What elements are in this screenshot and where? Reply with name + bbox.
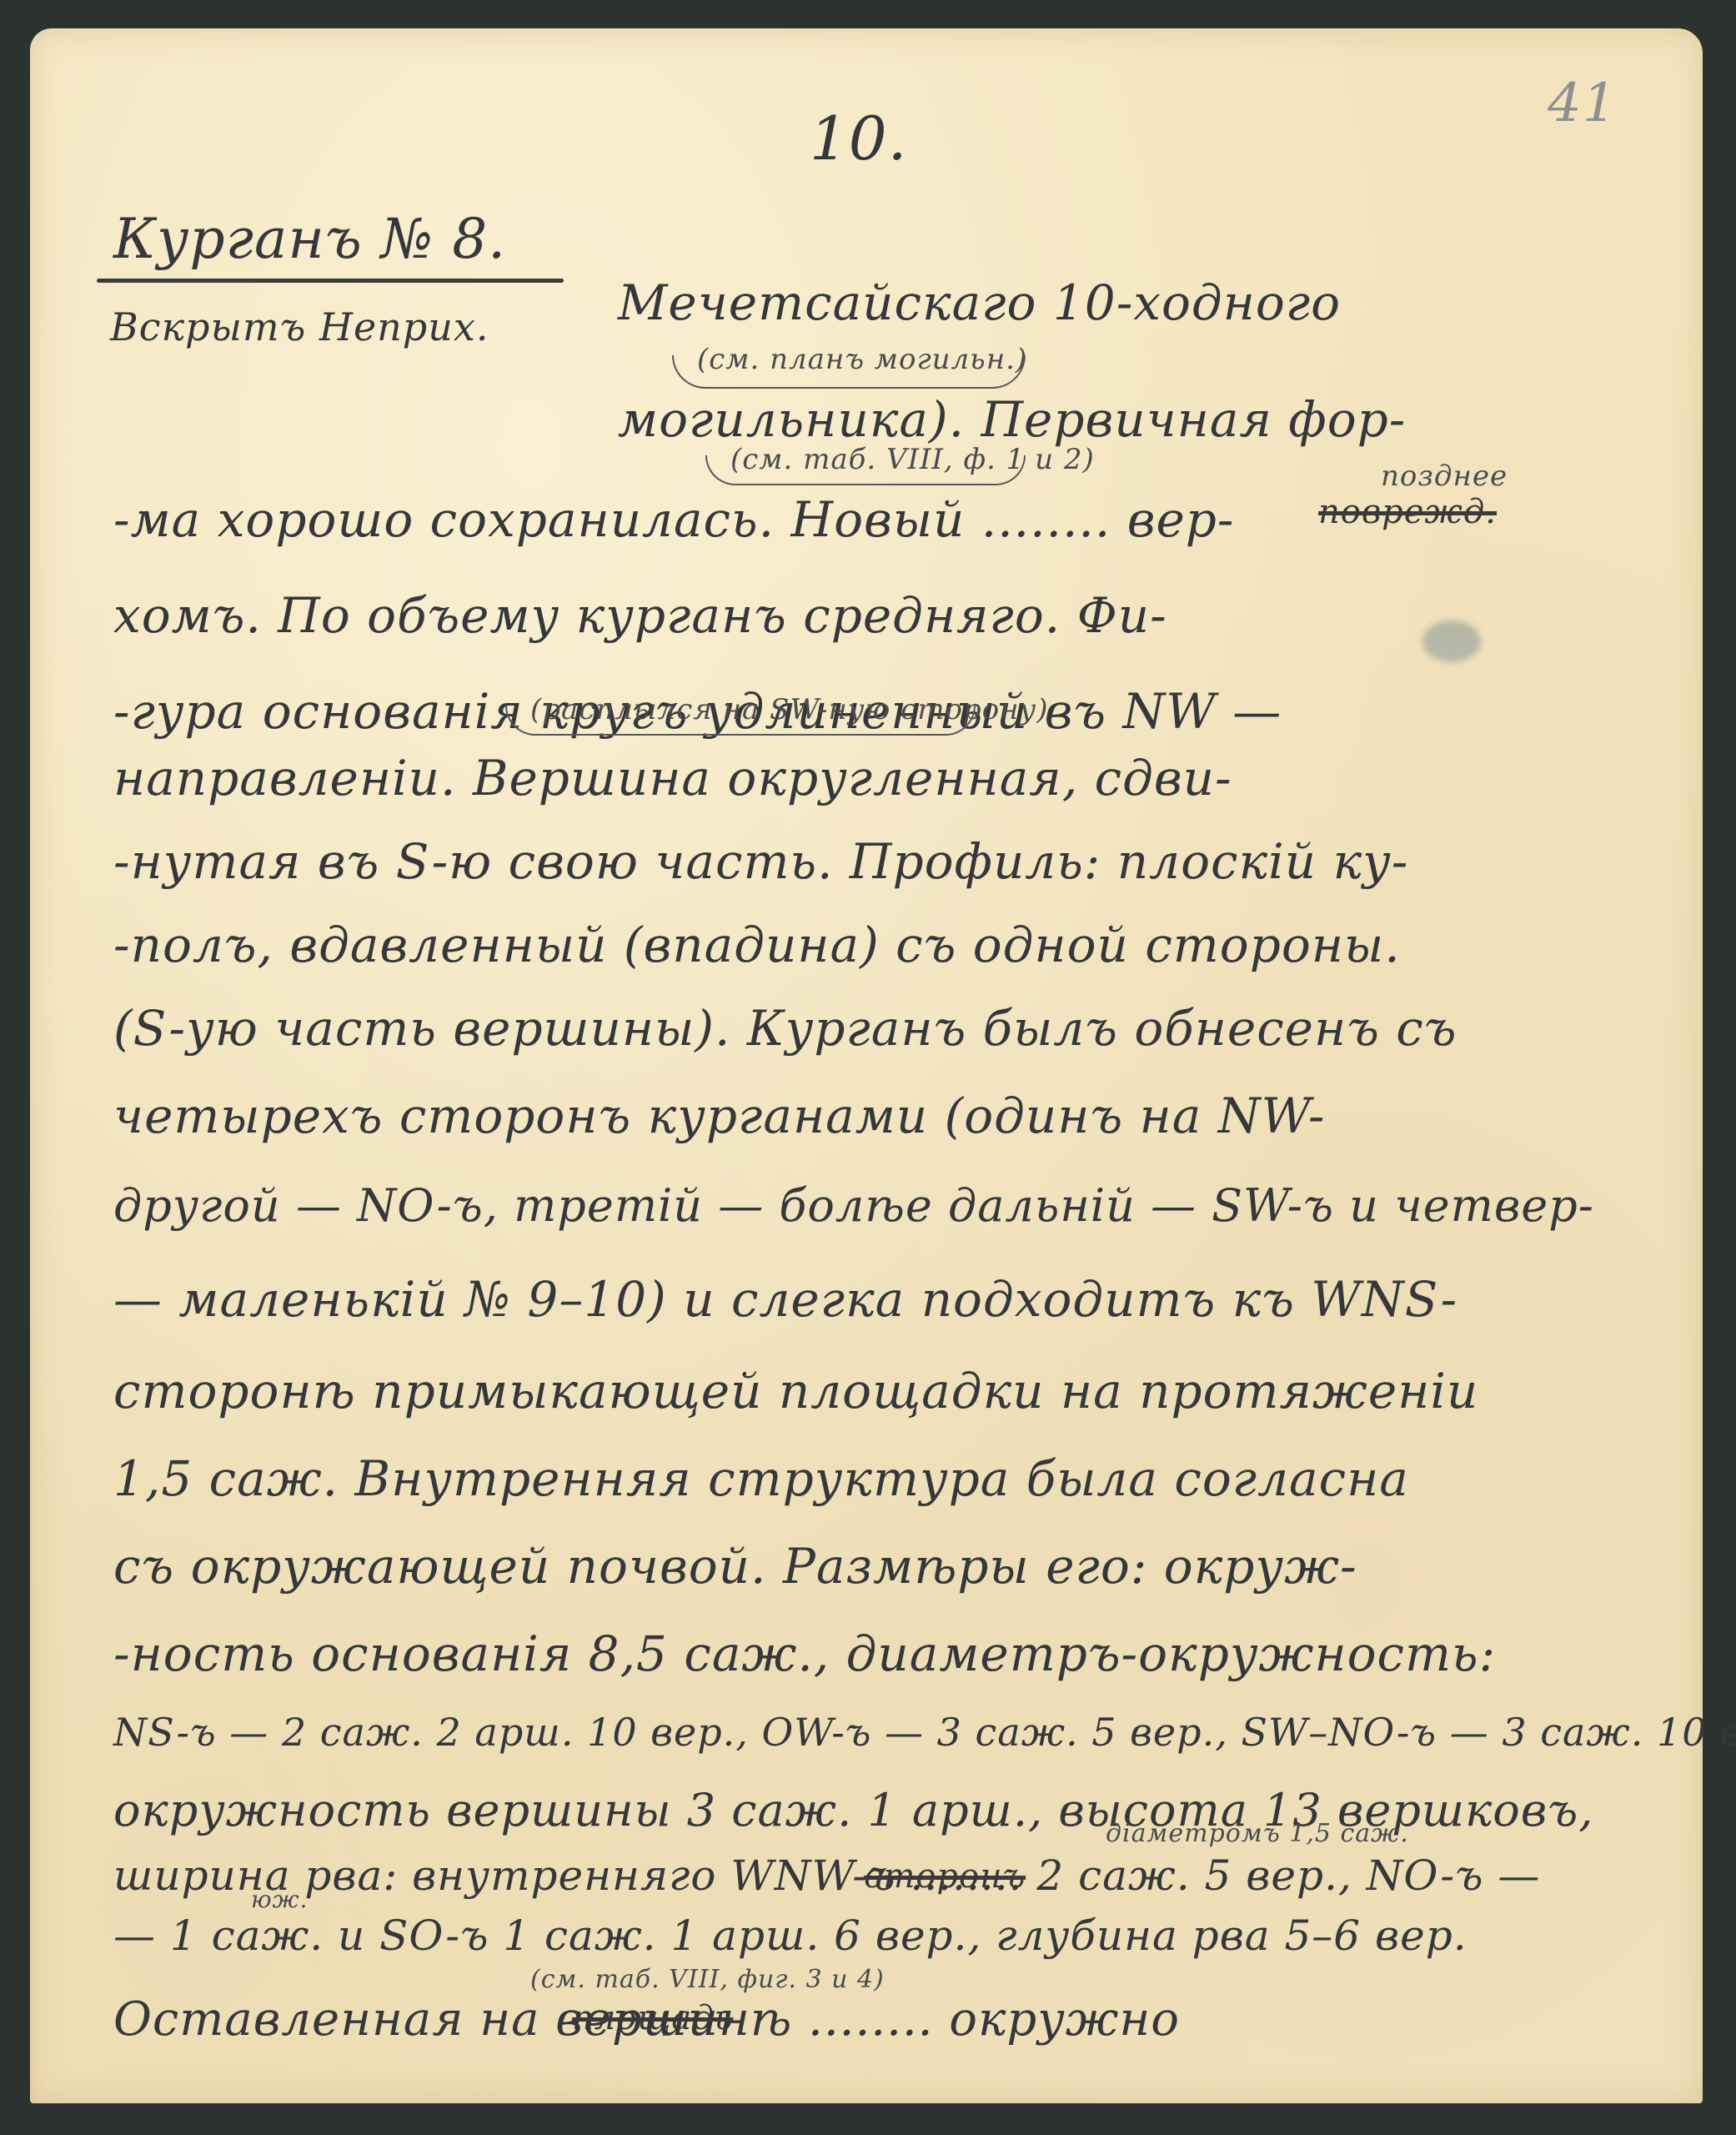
struck-word: сторонъ — [864, 1860, 1026, 1893]
text-line: 1,5 саж. Внутренняя структура была согла… — [113, 1454, 1409, 1503]
text-line: Мечетсайскаго 10-ходного — [618, 279, 1341, 327]
text-line: хомъ. По объему курганъ средняго. Фи- — [113, 591, 1167, 640]
archive-folio-number: 41 — [1548, 77, 1617, 130]
page-number: 10. — [810, 108, 908, 168]
inserted-word: юж. — [251, 1888, 308, 1911]
kurgan-heading: Курганъ № 8. — [113, 212, 506, 267]
margin-note-opened: Вскрытъ Неприх. — [110, 308, 489, 346]
text-line: четырехъ сторонъ курганами (одинъ на NW- — [113, 1092, 1326, 1140]
text-line: -нутая въ S-ю свою часть. Профиль: плоск… — [113, 837, 1408, 886]
struck-word: поврежд. — [1318, 495, 1497, 529]
manuscript-page: 10. 41 Курганъ № 8. Вскрытъ Неприх. Мече… — [30, 28, 1703, 2103]
annotation-bracket — [672, 355, 1026, 389]
text-line: направленіи. Вершина округленная, сдви- — [113, 754, 1232, 802]
text-line: -ность основанія 8,5 саж., диаметръ-окру… — [113, 1630, 1496, 1678]
text-line: -ма хорошо сохранилась. Новый ........ в… — [113, 495, 1235, 544]
annotation-bracket — [705, 455, 1026, 485]
text-line: (S-ую часть вершины). Курганъ былъ обнес… — [113, 1004, 1457, 1052]
text-line: сторонѣ примыкающей площадки на протяжен… — [113, 1367, 1478, 1415]
text-line: -полъ, вдавленный (впадина) съ одной сто… — [113, 921, 1401, 969]
ink-smudge — [1422, 620, 1481, 662]
text-line: съ окружающей почвой. Размѣры его: окруж… — [113, 1542, 1357, 1590]
annotation-bracket — [505, 706, 976, 736]
text-line: NS-ъ — 2 саж. 2 арш. 10 вер., OW-ъ — 3 с… — [113, 1713, 1736, 1751]
text-line: окружность вершины 3 саж. 1 арш., высота… — [113, 1788, 1593, 1833]
text-line: другой — NO-ъ, третій — болѣе дальній — … — [113, 1183, 1594, 1228]
text-line: — маленькій № 9–10) и слегка подходитъ к… — [113, 1275, 1458, 1324]
annotation-see-table-fig: (см. таб. VIII, фиг. 3 и 4) — [530, 1967, 885, 1992]
text-line: — 1 саж. и SO-ъ 1 саж. 1 арш. 6 вер., гл… — [113, 1915, 1468, 1957]
heading-underline — [97, 279, 564, 283]
text-line: могильника). Первичная фор- — [618, 395, 1406, 444]
text-line: ширина рва: внутренняго WNW-ъ ........ 2… — [113, 1855, 1540, 1896]
inserted-word: позднее — [1381, 462, 1508, 490]
struck-word: площадь — [572, 2002, 733, 2035]
scan-background: 10. 41 Курганъ № 8. Вскрытъ Неприх. Мече… — [0, 0, 1736, 2135]
